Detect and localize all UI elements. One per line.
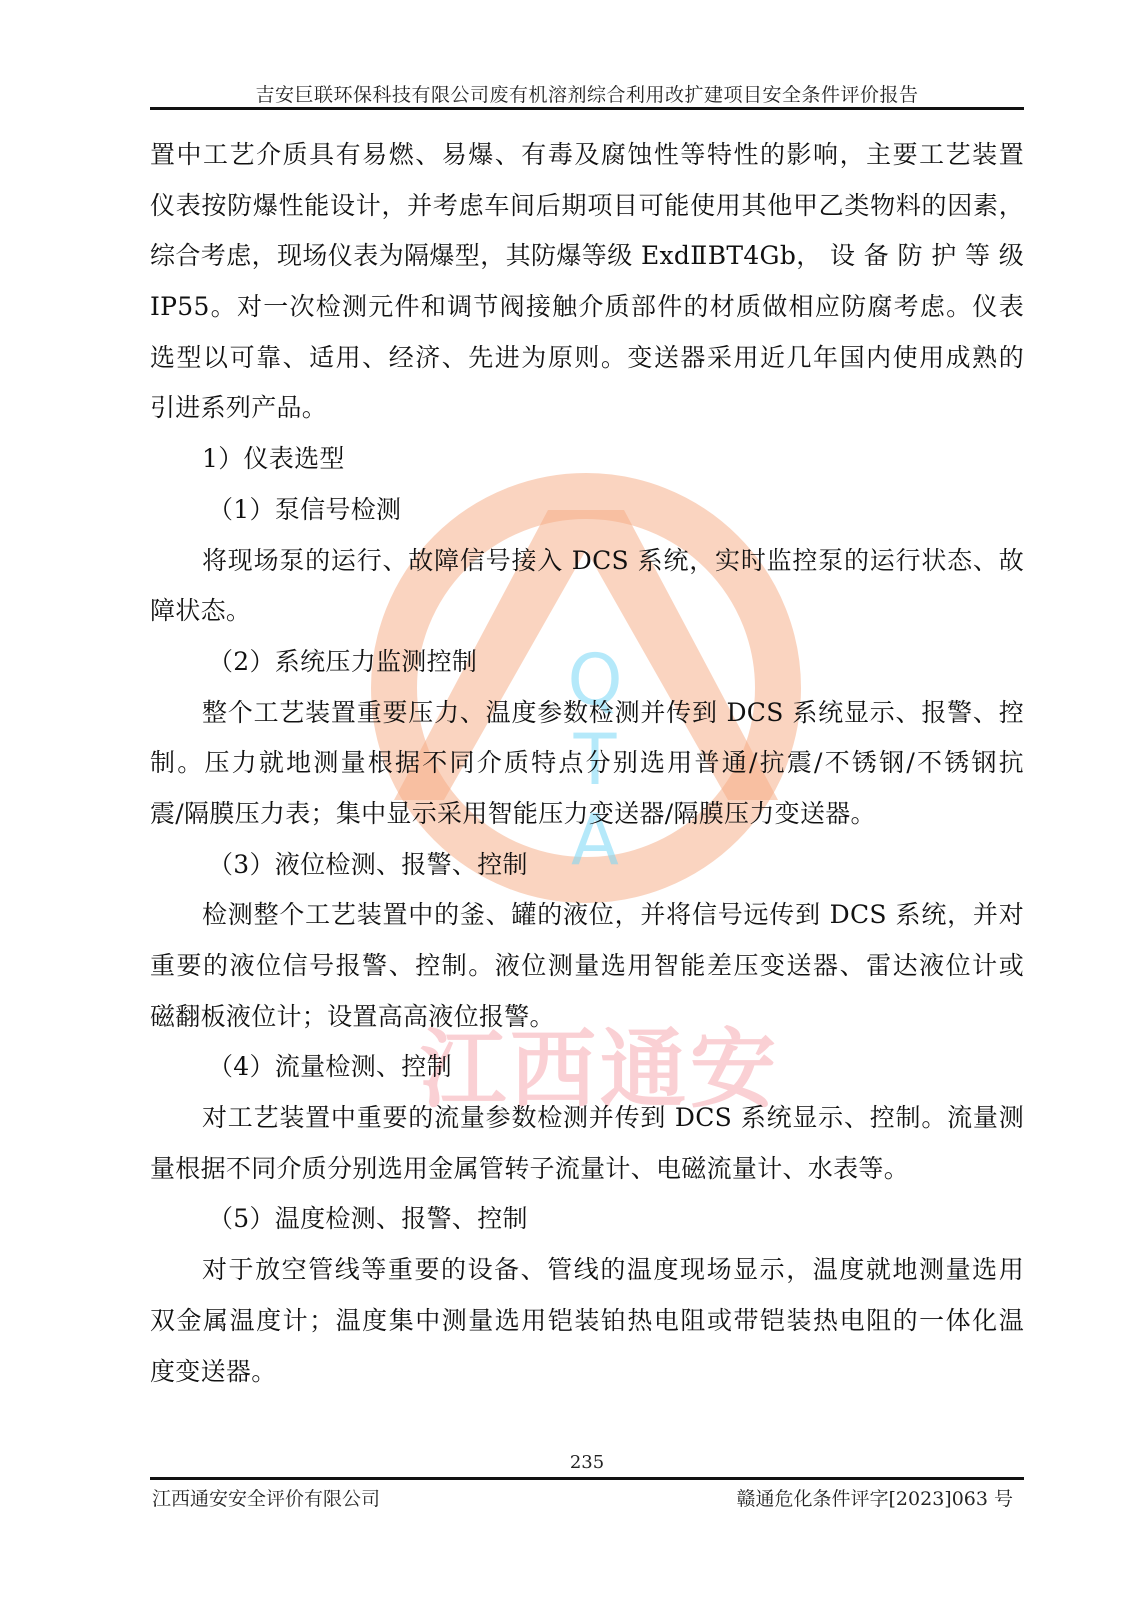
text-line: IP55。对一次检测元件和调节阀接触介质部件的材质做相应防腐考虑。仪表 [150, 282, 1024, 333]
text-line: （1）泵信号检测 [150, 485, 1024, 536]
text-line: 整个工艺装置重要压力、温度参数检测并传到 DCS 系统显示、报警、控 [150, 688, 1024, 739]
text-line: 对工艺装置中重要的流量参数检测并传到 DCS 系统显示、控制。流量测 [150, 1093, 1024, 1144]
text-line: （3）液位检测、报警、控制 [150, 840, 1024, 891]
text-line: 度变送器。 [150, 1347, 1024, 1398]
body-text: 置中工艺介质具有易燃、易爆、有毒及腐蚀性等特性的影响，主要工艺装置仪表按防爆性能… [150, 130, 1024, 1397]
footer-report-number: 赣通危化条件评字[2023]063 号 [737, 1484, 1013, 1511]
text-line: （2）系统压力监测控制 [150, 637, 1024, 688]
text-line: 引进系列产品。 [150, 383, 1024, 434]
footer-divider [150, 1477, 1024, 1480]
text-line: 震/隔膜压力表；集中显示采用智能压力变送器/隔膜压力变送器。 [150, 789, 1024, 840]
footer-company: 江西通安安全评价有限公司 [152, 1484, 380, 1511]
content-layer: 吉安巨联环保科技有限公司废有机溶剂综合利用改扩建项目安全条件评价报告 置中工艺介… [0, 0, 1131, 1600]
text-line: 量根据不同介质分别选用金属管转子流量计、电磁流量计、水表等。 [150, 1144, 1024, 1195]
text-line: 磁翻板液位计；设置高高液位报警。 [150, 992, 1024, 1043]
text-line: （4）流量检测、控制 [150, 1042, 1024, 1093]
text-line: 1）仪表选型 [150, 434, 1024, 485]
header-divider [150, 107, 1024, 110]
text-line: 制。压力就地测量根据不同介质特点分别选用普通/抗震/不锈钢/不锈钢抗 [150, 738, 1024, 789]
page-number: 235 [150, 1452, 1024, 1473]
text-line: （5）温度检测、报警、控制 [150, 1194, 1024, 1245]
text-line: 障状态。 [150, 586, 1024, 637]
text-line: 仪表按防爆性能设计，并考虑车间后期项目可能使用其他甲乙类物料的因素， [150, 181, 1024, 232]
text-line: 双金属温度计；温度集中测量选用铠装铂热电阻或带铠装热电阻的一体化温 [150, 1296, 1024, 1347]
text-line: 将现场泵的运行、故障信号接入 DCS 系统，实时监控泵的运行状态、故 [150, 536, 1024, 587]
text-line: 综合考虑，现场仪表为隔爆型，其防爆等级 ExdⅡBT4Gb， 设 备 防 护 等… [150, 231, 1024, 282]
document-page: Q T A 江西通安 吉安巨联环保科技有限公司废有机溶剂综合利用改扩建项目安全条… [0, 0, 1131, 1600]
running-header: 吉安巨联环保科技有限公司废有机溶剂综合利用改扩建项目安全条件评价报告 [150, 80, 1024, 107]
text-line: 检测整个工艺装置中的釜、罐的液位，并将信号远传到 DCS 系统，并对 [150, 890, 1024, 941]
text-line: 重要的液位信号报警、控制。液位测量选用智能差压变送器、雷达液位计或 [150, 941, 1024, 992]
text-line: 选型以可靠、适用、经济、先进为原则。变送器采用近几年国内使用成熟的 [150, 333, 1024, 384]
text-line: 置中工艺介质具有易燃、易爆、有毒及腐蚀性等特性的影响，主要工艺装置 [150, 130, 1024, 181]
text-line: 对于放空管线等重要的设备、管线的温度现场显示，温度就地测量选用 [150, 1245, 1024, 1296]
